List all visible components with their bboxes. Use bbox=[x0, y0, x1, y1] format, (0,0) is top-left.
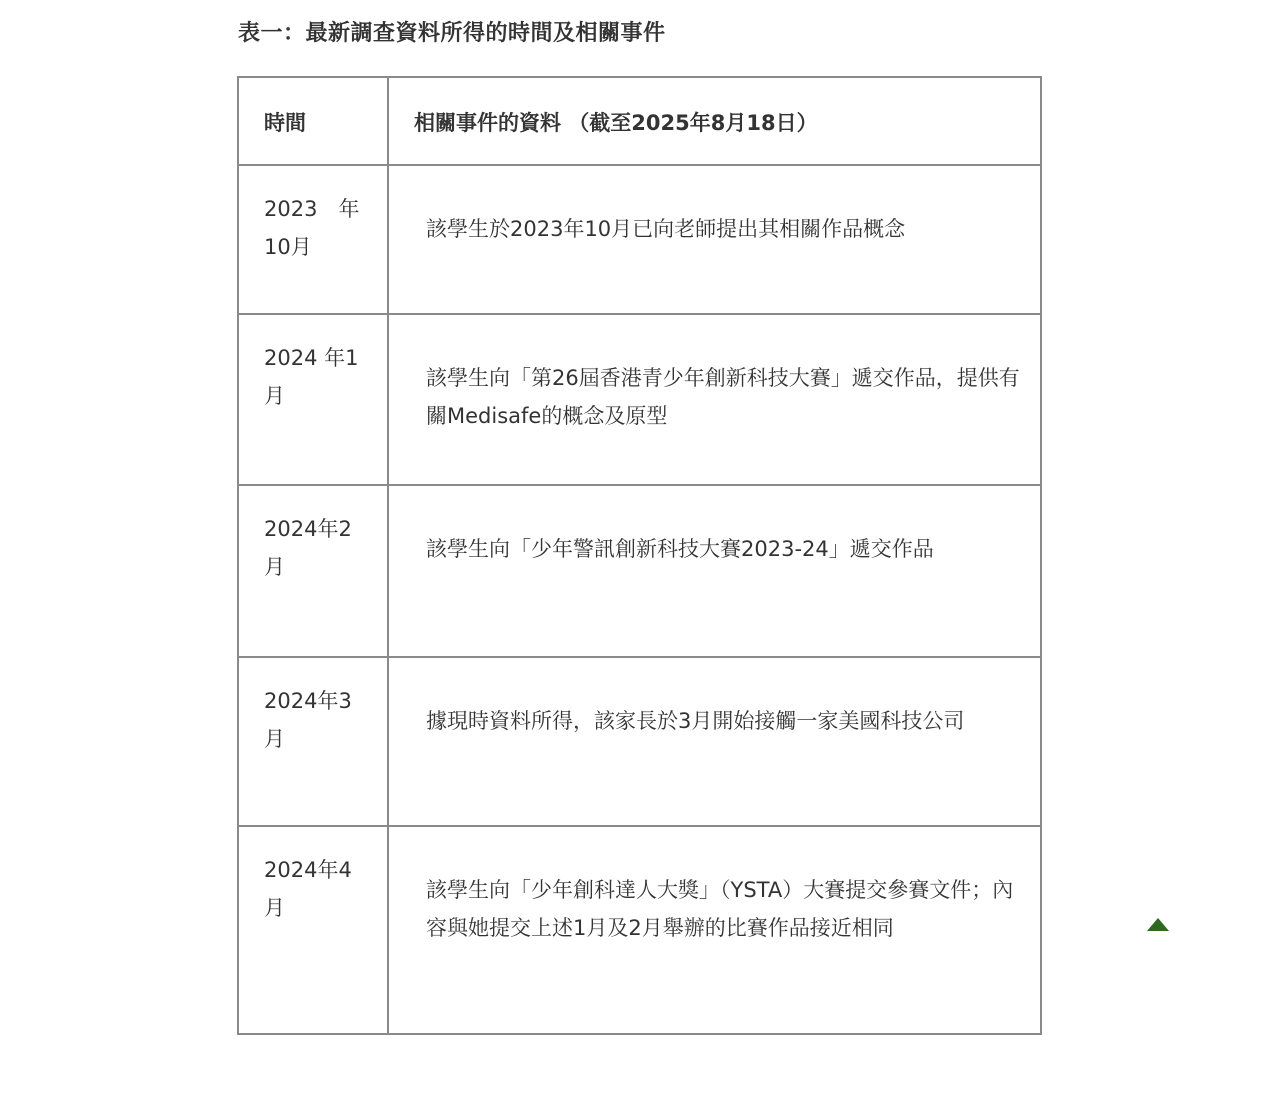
header-time: 時間 bbox=[238, 77, 388, 165]
row-event-info: 該學生向「少年創科達人大獎」（YSTA）大賽提交參賽文件；內容與她提交上述1月及… bbox=[388, 826, 1041, 1034]
row-time: 2024年4 月 bbox=[238, 826, 388, 1034]
events-timeline-table: 時間 相關事件的資料 （截至2025年8月18日） 2023 年 10月 該學生… bbox=[237, 76, 1042, 1035]
row-time: 2023 年 10月 bbox=[238, 165, 388, 314]
table-row: 2024年2 月 該學生向「少年警訊創新科技大賽2023-24」遞交作品 bbox=[238, 485, 1041, 657]
table-row: 2024年3 月 據現時資料所得，該家長於3月開始接觸一家美國科技公司 bbox=[238, 657, 1041, 826]
row-event-info: 該學生於2023年10月已向老師提出其相關作品概念 bbox=[388, 165, 1041, 314]
row-time: 2024 年1 月 bbox=[238, 314, 388, 485]
table-row: 2023 年 10月 該學生於2023年10月已向老師提出其相關作品概念 bbox=[238, 165, 1041, 314]
row-event-info: 該學生向「少年警訊創新科技大賽2023-24」遞交作品 bbox=[388, 485, 1041, 657]
row-event-info: 據現時資料所得，該家長於3月開始接觸一家美國科技公司 bbox=[388, 657, 1041, 826]
table-row: 2024年4 月 該學生向「少年創科達人大獎」（YSTA）大賽提交參賽文件；內容… bbox=[238, 826, 1041, 1034]
table-header-row: 時間 相關事件的資料 （截至2025年8月18日） bbox=[238, 77, 1041, 165]
row-time: 2024年2 月 bbox=[238, 485, 388, 657]
table-caption: 表一：最新調查資料所得的時間及相關事件 bbox=[238, 16, 666, 47]
header-event-info: 相關事件的資料 （截至2025年8月18日） bbox=[388, 77, 1041, 165]
table-row: 2024 年1 月 該學生向「第26屆香港青少年創新科技大賽」遞交作品，提供有關… bbox=[238, 314, 1041, 485]
back-to-top-triangle-up-icon[interactable] bbox=[1147, 918, 1169, 931]
row-event-info: 該學生向「第26屆香港青少年創新科技大賽」遞交作品，提供有關Medisafe的概… bbox=[388, 314, 1041, 485]
row-time: 2024年3 月 bbox=[238, 657, 388, 826]
